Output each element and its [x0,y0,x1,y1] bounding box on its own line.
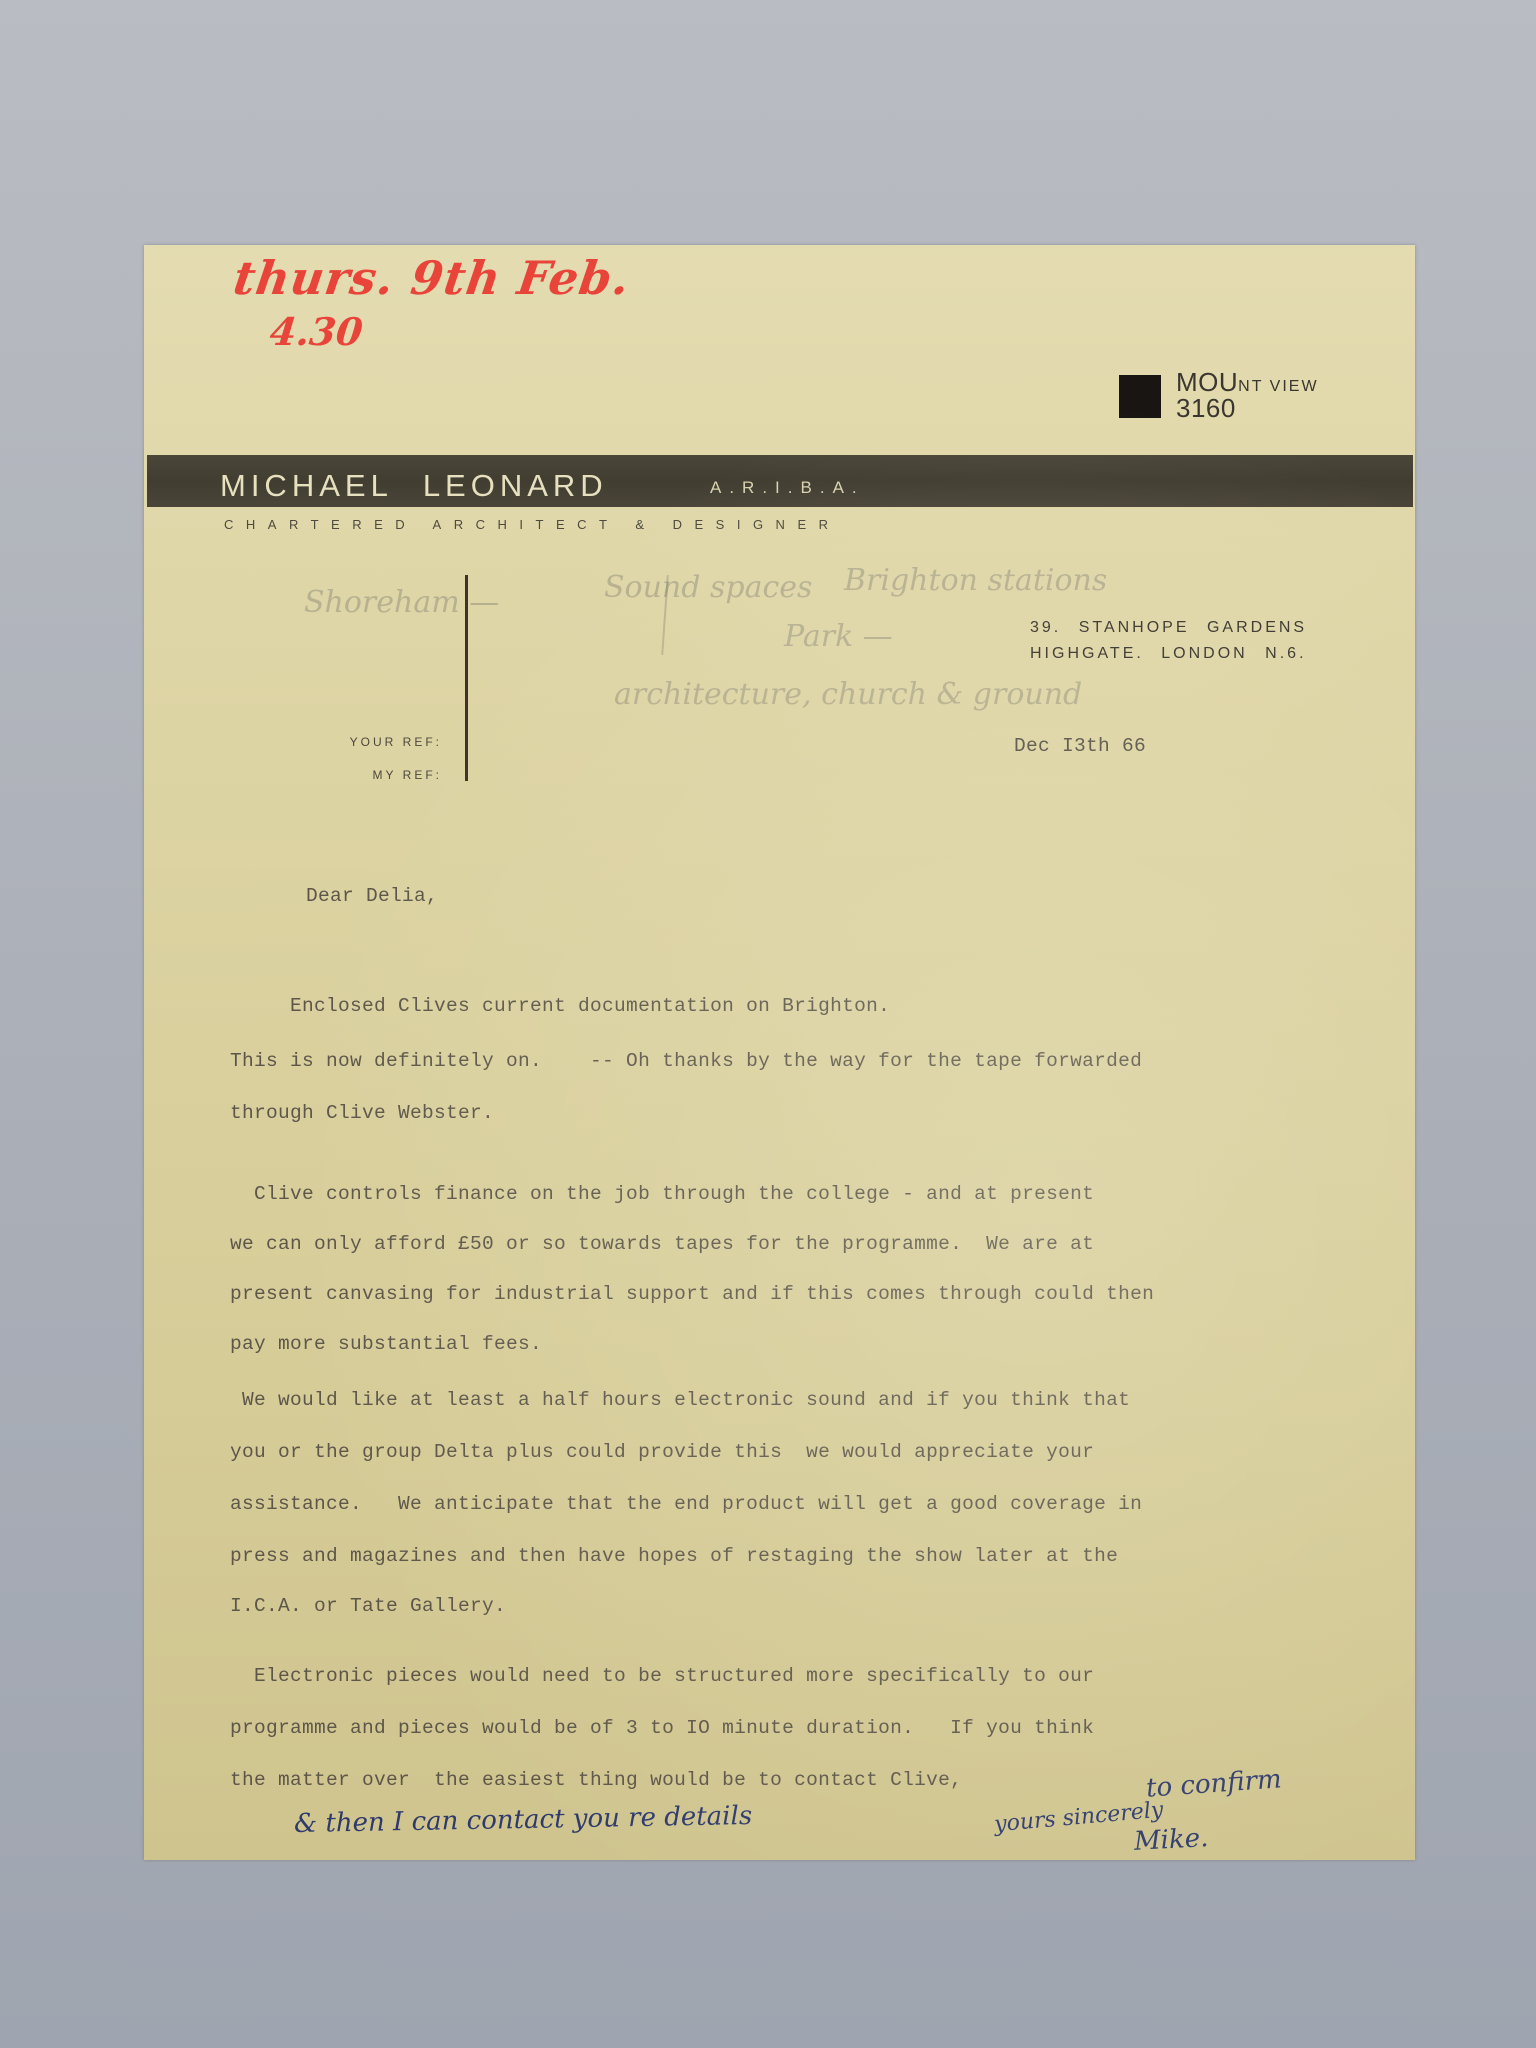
letterhead-qualifications: A.R.I.B.A. [710,478,865,498]
phone-square-icon [1119,375,1161,418]
body-line: press and magazines and then have hopes … [230,1545,1118,1567]
body-line: Clive controls finance on the job throug… [230,1183,1094,1205]
body-line: you or the group Delta plus could provid… [230,1441,1094,1463]
body-line: we can only afford £50 or so towards tap… [230,1233,1094,1255]
name-first: MICHAEL [220,468,393,503]
body-line: the matter over the easiest thing would … [230,1769,962,1791]
body-line: Enclosed Clives current documentation on… [230,995,890,1017]
handwritten-addition: to confirm [1145,1764,1283,1803]
annotation-time: 4.30 [268,309,365,354]
pencil-note: Park — [784,619,893,654]
pencil-note: architecture, church & ground [614,677,1082,712]
address-line-2: HIGHGATE. LONDON N.6. [1030,641,1307,667]
my-ref-label: MY REF: [292,768,442,782]
name-last: LEONARD [423,468,608,503]
body-line: present canvasing for industrial support… [230,1283,1154,1305]
body-line: This is now definitely on. -- Oh thanks … [230,1050,1142,1072]
letterhead-name: MICHAELLEONARD [220,468,608,504]
your-ref-label: YOUR REF: [292,735,442,749]
body-line: pay more substantial fees. [230,1333,542,1355]
body-line: programme and pieces would be of 3 to IO… [230,1717,1094,1739]
body-line: through Clive Webster. [230,1102,494,1124]
phone-exchange-suffix: NT VIEW [1238,378,1318,395]
ref-divider-rule [465,575,468,781]
letterhead-subtitle: CHARTERED ARCHITECT & DESIGNER [224,517,841,532]
body-line: assistance. We anticipate that the end p… [230,1493,1142,1515]
phone-number: 3160 [1176,395,1319,421]
body-line: I.C.A. or Tate Gallery. [230,1595,506,1617]
pencil-note: Brighton stations [844,563,1107,598]
pencil-note: Sound spaces [604,570,812,605]
handwritten-signature: Mike. [1133,1823,1209,1857]
sender-address: 39. STANHOPE GARDENS HIGHGATE. LONDON N.… [1030,615,1307,667]
salutation: Dear Delia, [306,885,438,907]
body-line: We would like at least a half hours elec… [230,1389,1130,1411]
letter-paper: thurs. 9th Feb. 4.30 MOUNT VIEW 3160 Sho… [144,245,1415,1860]
body-line: Electronic pieces would need to be struc… [230,1665,1094,1687]
letter-date: Dec I3th 66 [1014,735,1146,757]
annotation-date: thurs. 9th Feb. [230,251,633,305]
handwritten-addition: & then I can contact you re details [294,1801,753,1839]
address-line-1: 39. STANHOPE GARDENS [1030,615,1307,641]
pencil-note: Shoreham — [304,585,499,620]
phone-number-block: MOUNT VIEW 3160 [1176,369,1319,421]
